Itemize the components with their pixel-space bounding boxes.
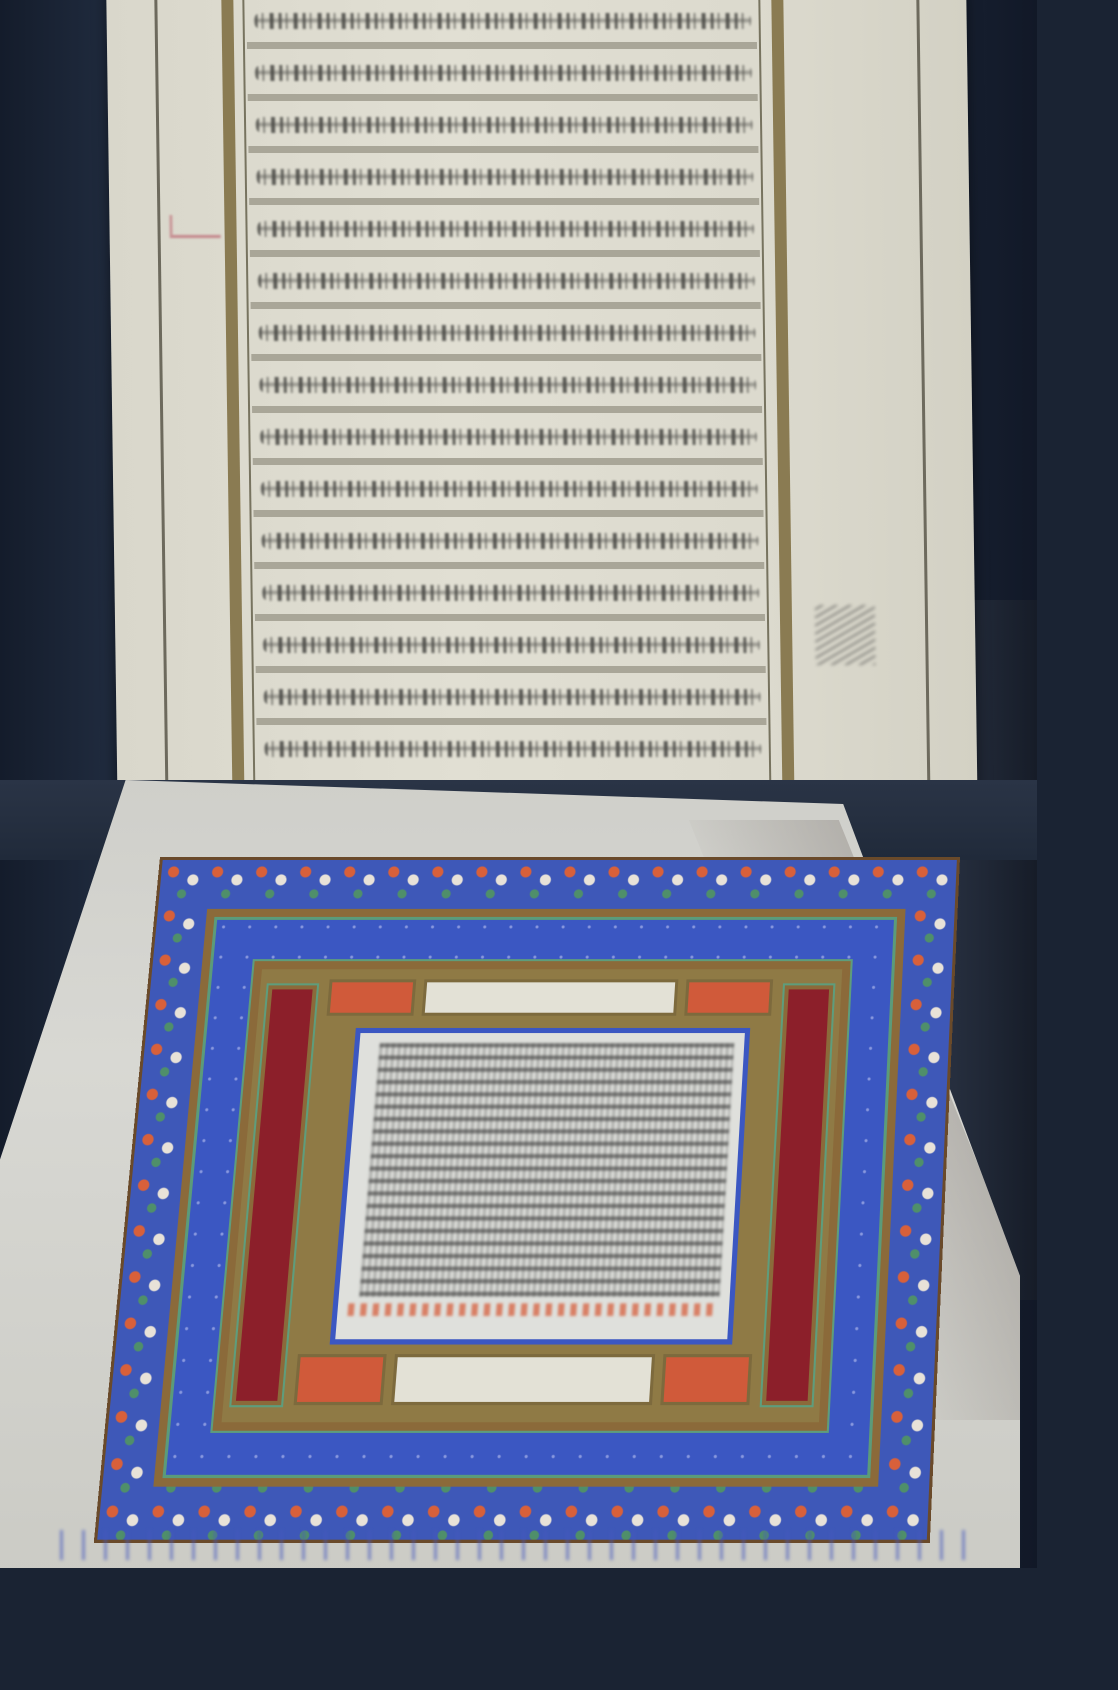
red-margin-mark bbox=[169, 215, 220, 238]
gold-border-right bbox=[771, 0, 795, 820]
script-line bbox=[248, 146, 759, 198]
script-line bbox=[255, 614, 766, 666]
script-line bbox=[250, 250, 761, 302]
outer-rule-left bbox=[154, 0, 169, 820]
upper-manuscript bbox=[106, 0, 978, 820]
red-ink-line bbox=[347, 1303, 719, 1316]
script-line bbox=[251, 302, 762, 354]
blue-fringe-marks bbox=[60, 1530, 977, 1560]
vermilion-cartouche bbox=[660, 1354, 752, 1405]
bottom-cartouche-row bbox=[294, 1354, 753, 1405]
script-line bbox=[249, 198, 760, 250]
script-line bbox=[253, 510, 764, 562]
ruled-text-block bbox=[246, 0, 767, 780]
vermilion-cartouche bbox=[684, 979, 773, 1015]
vermilion-cartouche bbox=[327, 979, 417, 1015]
margin-annotation bbox=[815, 605, 876, 665]
cream-cartouche bbox=[391, 1354, 655, 1405]
outer-rule-right bbox=[916, 0, 931, 820]
script-line bbox=[256, 666, 767, 718]
script-line bbox=[253, 458, 764, 510]
gold-border-left bbox=[221, 0, 245, 820]
museum-display-photo bbox=[0, 0, 1037, 1568]
script-line bbox=[256, 718, 767, 770]
vermilion-cartouche bbox=[294, 1354, 387, 1405]
top-cartouche-row bbox=[327, 979, 774, 1015]
script-line bbox=[248, 94, 759, 146]
cream-cartouche bbox=[422, 979, 679, 1015]
central-text-panel bbox=[330, 1028, 751, 1345]
dense-script bbox=[359, 1043, 734, 1297]
script-line bbox=[254, 562, 765, 614]
script-line bbox=[252, 406, 763, 458]
illuminated-frame bbox=[94, 857, 960, 1543]
script-line bbox=[247, 42, 758, 94]
script-line bbox=[251, 354, 762, 406]
script-line bbox=[246, 0, 757, 42]
